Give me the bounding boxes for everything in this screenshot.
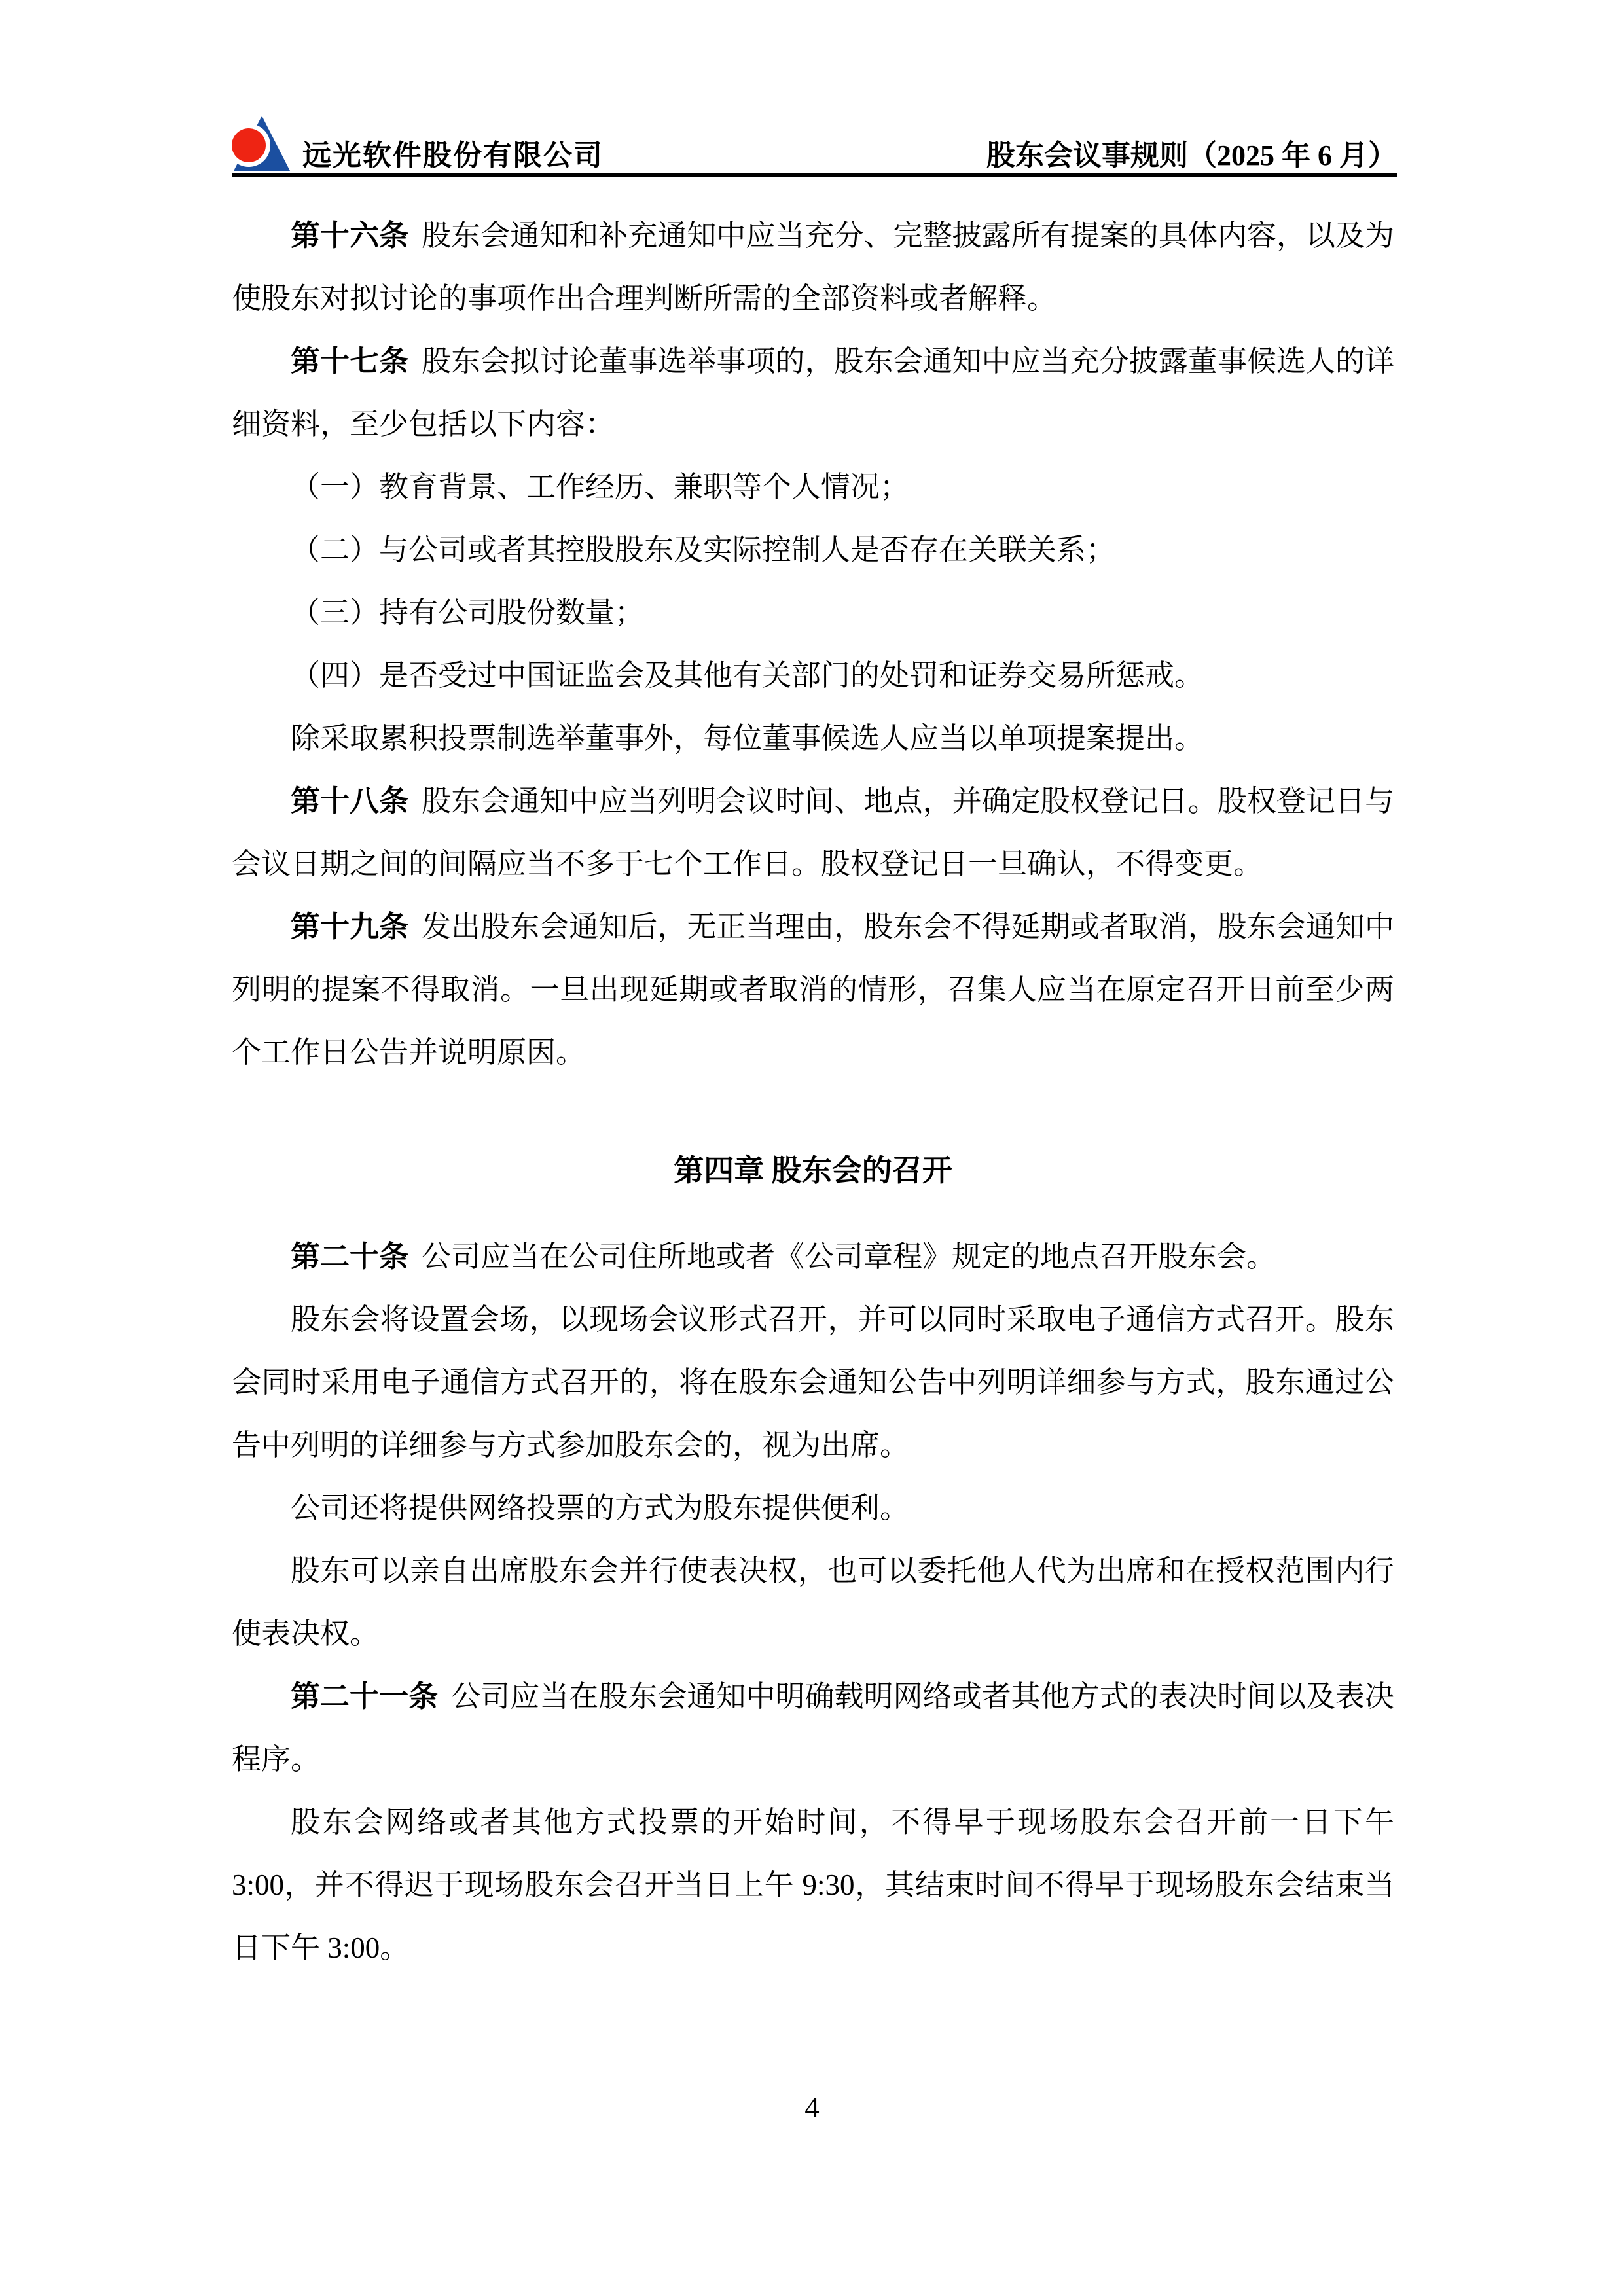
- article-number: 第二十条: [291, 1240, 422, 1273]
- paragraph-cumulative-voting: 除采取累积投票制选举董事外，每位董事候选人应当以单项提案提出。: [232, 707, 1394, 770]
- paragraph-text: 股东会将设置会场，以现场会议形式召开，并可以同时采取电子通信方式召开。股东会同时…: [232, 1303, 1394, 1462]
- logo-svg: [228, 111, 293, 177]
- paragraph-article-16: 第十六条股东会通知和补充通知中应当充分、完整披露所有提案的具体内容，以及为使股东…: [232, 204, 1394, 330]
- paragraph-text: 除采取累积投票制选举董事外，每位董事候选人应当以单项提案提出。: [291, 722, 1204, 755]
- article-number: 第十六条: [291, 219, 422, 252]
- paragraph-meeting-venue: 股东会将设置会场，以现场会议形式召开，并可以同时采取电子通信方式召开。股东会同时…: [232, 1288, 1394, 1477]
- paragraph-text: 公司应当在公司住所地或者《公司章程》规定的地点召开股东会。: [422, 1240, 1276, 1273]
- paragraph-voting-times: 股东会网络或者其他方式投票的开始时间，不得早于现场股东会召开前一日下午 3:00…: [232, 1791, 1394, 1979]
- page-number: 4: [0, 2076, 1624, 2139]
- list-item-2: （二）与公司或者其控股股东及实际控制人是否存在关联关系；: [232, 518, 1394, 581]
- list-item-1: （一）教育背景、工作经历、兼职等个人情况；: [232, 456, 1394, 518]
- paragraph-text: （一）教育背景、工作经历、兼职等个人情况；: [291, 471, 909, 503]
- article-number: 第十七条: [291, 345, 422, 378]
- document-body: 第十六条股东会通知和补充通知中应当充分、完整披露所有提案的具体内容，以及为使股东…: [232, 204, 1394, 1979]
- paragraph-text: 公司还将提供网络投票的方式为股东提供便利。: [291, 1492, 909, 1524]
- paragraph-online-voting: 公司还将提供网络投票的方式为股东提供便利。: [232, 1477, 1394, 1539]
- chapter-heading: 第四章 股东会的召开: [232, 1139, 1394, 1202]
- paragraph-article-20: 第二十条公司应当在公司住所地或者《公司章程》规定的地点召开股东会。: [232, 1225, 1394, 1288]
- list-item-3: （三）持有公司股份数量；: [232, 581, 1394, 644]
- header-rule: [232, 173, 1397, 177]
- company-logo-icon: [228, 111, 293, 177]
- paragraph-text: 股东可以亲自出席股东会并行使表决权，也可以委托他人代为出席和在授权范围内行使表决…: [232, 1554, 1394, 1650]
- paragraph-article-19: 第十九条发出股东会通知后，无正当理由，股东会不得延期或者取消，股东会通知中列明的…: [232, 895, 1394, 1084]
- article-number: 第十九条: [291, 910, 422, 943]
- header-company-name: 远光软件股份有限公司: [302, 140, 604, 171]
- logo-circle: [232, 128, 266, 162]
- paragraph-text: （三）持有公司股份数量；: [291, 596, 644, 629]
- paragraph-text: 股东会网络或者其他方式投票的开始时间，不得早于现场股东会召开前一日下午 3:00…: [232, 1806, 1394, 1964]
- paragraph-article-17: 第十七条股东会拟讨论董事选举事项的，股东会通知中应当充分披露董事候选人的详细资料…: [232, 330, 1394, 456]
- paragraph-proxy-attendance: 股东可以亲自出席股东会并行使表决权，也可以委托他人代为出席和在授权范围内行使表决…: [232, 1539, 1394, 1665]
- article-number: 第十八条: [291, 785, 422, 817]
- list-item-4: （四）是否受过中国证监会及其他有关部门的处罚和证券交易所惩戒。: [232, 644, 1394, 707]
- paragraph-text: （二）与公司或者其控股股东及实际控制人是否存在关联关系；: [291, 533, 1115, 566]
- header-doc-title: 股东会议事规则（2025 年 6 月）: [986, 140, 1397, 171]
- paragraph-article-21: 第二十一条公司应当在股东会通知中明确载明网络或者其他方式的表决时间以及表决程序。: [232, 1665, 1394, 1791]
- paragraph-text: （四）是否受过中国证监会及其他有关部门的处罚和证券交易所惩戒。: [291, 659, 1204, 692]
- article-number: 第二十一条: [291, 1680, 451, 1713]
- paragraph-article-18: 第十八条股东会通知中应当列明会议时间、地点，并确定股权登记日。股权登记日与会议日…: [232, 770, 1394, 895]
- document-page: 远光软件股份有限公司 股东会议事规则（2025 年 6 月） 第十六条股东会通知…: [0, 0, 1624, 2296]
